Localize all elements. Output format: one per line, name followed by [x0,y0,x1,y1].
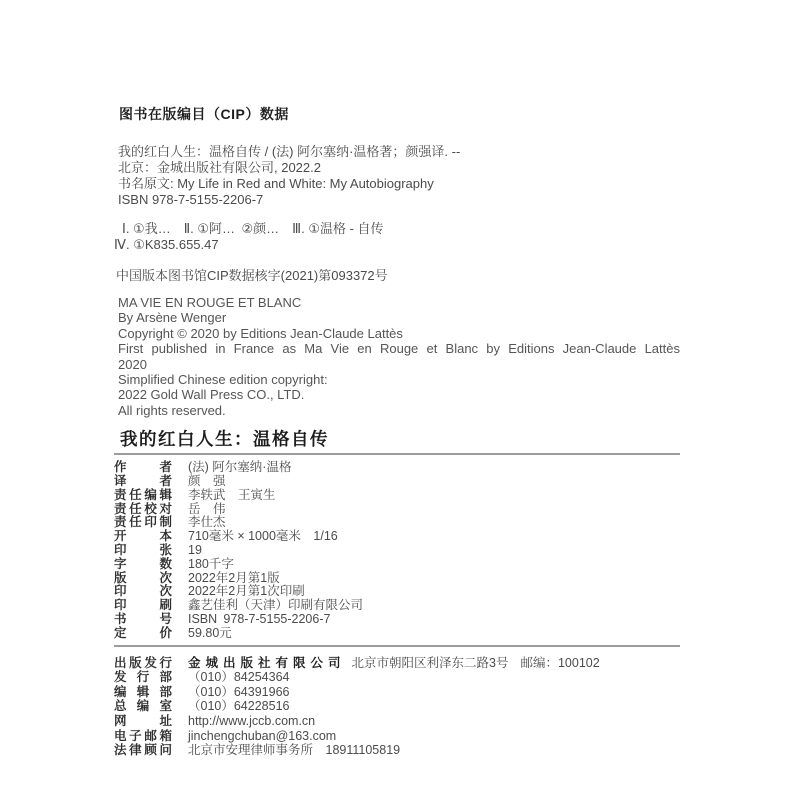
book-copyright-page: 图书在版编目（CIP）数据 我的红白人生：温格自传 / (法) 阿尔塞纳·温格著… [0,0,800,800]
info-row-printer: 印 刷鑫艺佳利（天津）印刷有限公司 [114,599,680,613]
info-label: 责任编辑 [114,489,172,503]
contact-row-email: 电子邮箱jinchengchuban@163.com [114,729,680,744]
publisher-address: 北京市朝阳区利泽东二路3号 [352,656,509,670]
cip-record-number: 中国版本图书馆CIP数据核字(2021)第093372号 [116,265,680,284]
info-label: 开 本 [114,530,172,544]
info-value: 颜 强 [188,474,226,488]
book-info-table: 作 者(法) 阿尔塞纳·温格 译 者颜 强 责任编辑李轶武 王寅生 责任校对岳 … [114,461,680,640]
contact-value: （010）64228516 [188,699,289,713]
contact-label: 总 编 室 [114,699,172,714]
info-label: 书 号 [114,613,172,627]
contact-label: 编 辑 部 [114,685,172,700]
contact-row-website: 网 址http://www.jccb.com.cn [114,714,680,729]
info-value: 19 [188,543,202,557]
info-value: 李轶武 王寅生 [188,488,276,502]
contact-row-editorial: 编 辑 部（010）64391966 [114,685,680,700]
cip-publisher-line: 北京：金城出版社有限公司, 2022.2 [118,160,680,176]
info-label: 印 刷 [114,599,172,613]
book-title: 我的红白人生：温格自传 [120,428,680,450]
contact-label: 电子邮箱 [114,729,172,744]
publisher-postal-code: 邮编：100102 [520,656,599,670]
contact-row-distribution: 发 行 部（010）84254364 [114,670,680,685]
info-row-translator: 译 者颜 强 [114,475,680,489]
info-label: 定 价 [114,627,172,641]
info-row-format: 开 本710毫米 × 1000毫米 1/16 [114,530,680,544]
contact-row-legal: 法律顾问北京市安理律师事务所 18911105819 [114,743,680,758]
publisher-name: 金城出版社有限公司 [188,656,346,670]
info-row-isbn: 书 号ISBN 978-7-5155-2206-7 [114,613,680,627]
cip-heading: 图书在版编目（CIP）数据 [119,104,680,124]
info-value: ISBN 978-7-5155-2206-7 [188,612,330,626]
contact-row-publisher: 出版发行金城出版社有限公司北京市朝阳区利泽东二路3号邮编：100102 [114,656,680,671]
cip-description: 我的红白人生：温格自传 / (法) 阿尔塞纳·温格著；颜强译. -- 北京：金城… [118,144,680,208]
info-value: (法) 阿尔塞纳·温格 [188,460,291,474]
first-published-line: First published in France as Ma Vie en R… [118,341,680,356]
info-value: 岳 伟 [188,502,226,516]
info-value: 2022年2月第1版 [188,571,280,585]
info-label: 印 张 [114,544,172,558]
page-content: 图书在版编目（CIP）数据 我的红白人生：温格自传 / (法) 阿尔塞纳·温格著… [114,104,680,758]
divider-bottom [114,645,680,647]
cip-original-title-line: 书名原文: My Life in Red and White: My Autob… [118,176,680,192]
contact-value: （010）84254364 [188,670,289,684]
info-row-price: 定 价59.80元 [114,627,680,641]
info-label: 译 者 [114,475,172,489]
contact-value: 北京市安理律师事务所 18911105819 [188,743,400,757]
contact-label: 法律顾问 [114,743,172,758]
contact-value: http://www.jccb.com.cn [188,714,315,728]
divider-top [114,453,680,455]
info-value: 李仕杰 [188,515,226,529]
author-line: By Arsène Wenger [118,310,680,325]
cip-title-line: 我的红白人生：温格自传 / (法) 阿尔塞纳·温格著；颜强译. -- [118,144,680,160]
info-row-word-count: 字 数180千字 [114,558,680,572]
cip-isbn-line: ISBN 978-7-5155-2206-7 [118,192,680,208]
rights-reserved-line: All rights reserved. [118,403,680,418]
contact-value: （010）64391966 [188,685,289,699]
year-line: 2020 [118,357,680,372]
info-row-editor: 责任编辑李轶武 王寅生 [114,489,680,503]
info-row-sheets: 印 张19 [114,544,680,558]
original-title-line: MA VIE EN ROUGE ET BLANC [118,295,680,310]
info-value: 710毫米 × 1000毫米 1/16 [188,529,338,543]
contact-label: 发 行 部 [114,670,172,685]
cip-classification: Ⅰ. ①我… Ⅱ. ①阿… ②颜… Ⅲ. ①温格 - 自传 Ⅳ. ①K835.6… [114,221,680,253]
contact-value: jinchengchuban@163.com [188,729,336,743]
info-value: 鑫艺佳利（天津）印刷有限公司 [188,598,363,612]
info-value: 180千字 [188,557,234,571]
chinese-edition-line: Simplified Chinese edition copyright: [118,372,680,387]
classification-line-1: Ⅰ. ①我… Ⅱ. ①阿… ②颜… Ⅲ. ①温格 - 自传 [122,221,680,237]
contact-label: 出版发行 [114,656,172,671]
info-value: 2022年2月第1次印刷 [188,584,305,598]
press-line: 2022 Gold Wall Press CO., LTD. [118,387,680,402]
classification-line-2: Ⅳ. ①K835.655.47 [114,237,680,253]
copyright-block: MA VIE EN ROUGE ET BLANC By Arsène Wenge… [118,295,680,418]
copyright-line: Copyright © 2020 by Editions Jean-Claude… [118,326,680,341]
contact-row-chief-office: 总 编 室（010）64228516 [114,699,680,714]
info-value: 59.80元 [188,626,232,640]
info-label: 作 者 [114,461,172,475]
info-row-author: 作 者(法) 阿尔塞纳·温格 [114,461,680,475]
info-label: 字 数 [114,558,172,572]
contact-label: 网 址 [114,714,172,729]
publisher-contacts: 出版发行金城出版社有限公司北京市朝阳区利泽东二路3号邮编：100102 发 行 … [114,656,680,758]
